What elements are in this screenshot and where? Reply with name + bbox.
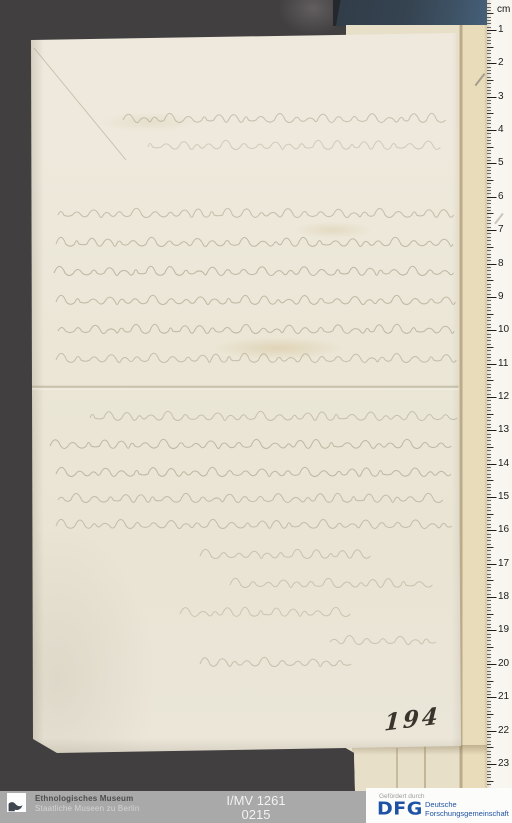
ruler-number: 14: [498, 459, 512, 469]
funding-org-line2: Forschungsgemeinschaft: [425, 809, 509, 818]
ruler-number: 23: [498, 759, 512, 769]
document-id: I/MV 1261: [176, 793, 336, 808]
cm-ruler: cm 1234567891011121314151617181920212223: [487, 0, 512, 789]
funding-org-name: Deutsche Forschungsgemeinschaft: [425, 801, 509, 818]
ruler-number: 17: [498, 559, 512, 569]
institution-subtitle: Staatliche Museen zu Berlin: [35, 804, 140, 813]
ruler-number: 8: [498, 259, 512, 269]
fold-crease: [28, 385, 464, 390]
backdrop-highlight: [280, 0, 340, 34]
dfg-logo: DFG: [377, 799, 423, 819]
ruler-number: 7: [498, 225, 512, 235]
ruler-number: 12: [498, 392, 512, 402]
smb-logo: [7, 793, 26, 812]
ruler-number: 16: [498, 525, 512, 535]
folder-crease: [424, 745, 426, 791]
ruler-number: 5: [498, 158, 512, 168]
handwriting-bleedthrough: [28, 30, 464, 756]
ruler-number: 21: [498, 692, 512, 702]
ruler-number: 11: [498, 359, 512, 369]
letter-page: 194: [28, 30, 464, 756]
ruler-number: 22: [498, 726, 512, 736]
folder-crease: [396, 748, 398, 790]
ruler-number: 18: [498, 592, 512, 602]
wave-icon: [7, 793, 26, 812]
ruler-number: 1: [498, 25, 512, 35]
scan-page-number: 0215: [176, 807, 336, 822]
ruler-number: 19: [498, 625, 512, 635]
archival-scan-viewer: 194 cm 123456789101112131415161718192021…: [0, 0, 512, 823]
ruler-number: 9: [498, 292, 512, 302]
ruler-number: 10: [498, 325, 512, 335]
ruler-unit-label: cm: [497, 4, 510, 15]
institution-name: Ethnologisches Museum: [35, 794, 133, 803]
ruler-number: 4: [498, 125, 512, 135]
ruler-number: 2: [498, 58, 512, 68]
ruler-number: 6: [498, 192, 512, 202]
ruler-number: 20: [498, 659, 512, 669]
ruler-number: 13: [498, 425, 512, 435]
funding-box: Gefördert durch DFG Deutsche Forschungsg…: [366, 788, 512, 823]
ruler-number: 15: [498, 492, 512, 502]
ruler-number: 3: [498, 92, 512, 102]
